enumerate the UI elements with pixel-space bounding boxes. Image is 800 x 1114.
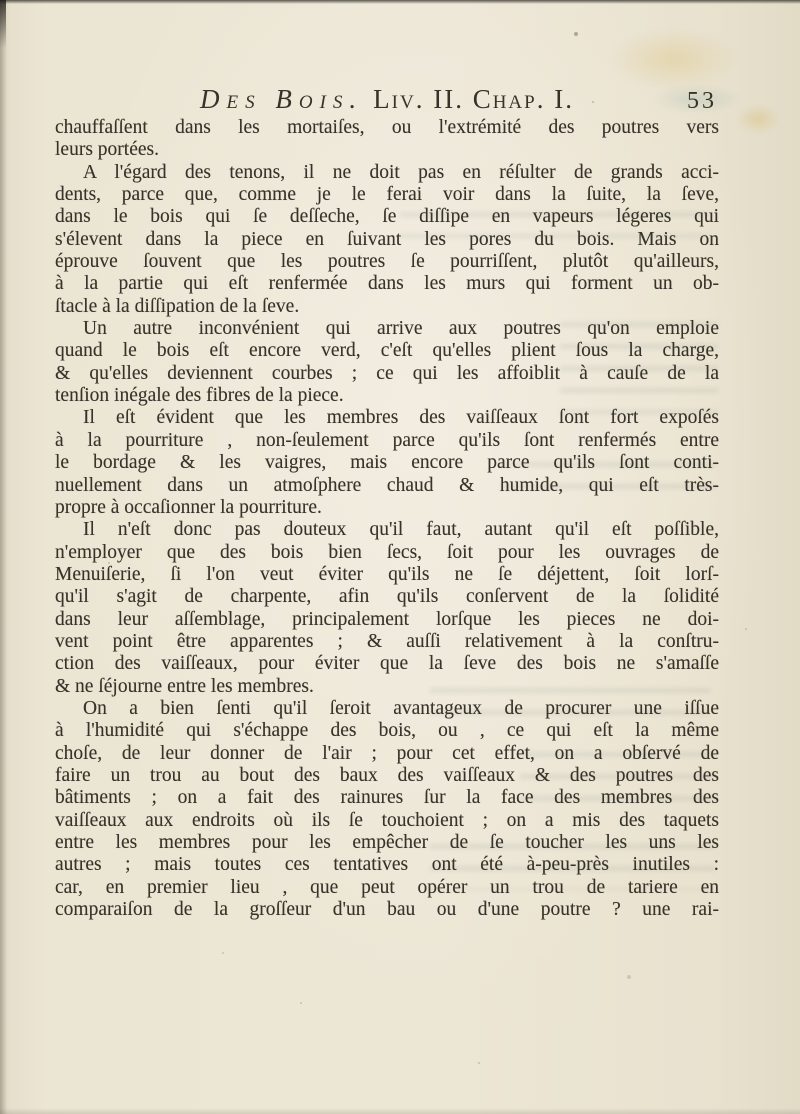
paper-stain — [608, 28, 738, 90]
text-line: bâtiments ; on a fait des rainures ſur l… — [55, 787, 719, 809]
text-line: dans leur aſſemblage, principalement lor… — [55, 609, 719, 631]
text-line: qu'il s'agit de charpente, afin qu'ils c… — [55, 586, 719, 608]
text-line: s'élevent dans la piece en ſuivant les p… — [55, 229, 719, 251]
text-line: quand le bois eſt encore verd, c'eſt qu'… — [55, 340, 719, 362]
text-line: Menuiſerie, ſi l'on veut éviter qu'ils n… — [55, 564, 719, 586]
text-line: propre à occaſionner la pourriture. — [55, 497, 719, 519]
text-line: ſtacle à la diſſipation de la ſeve. — [55, 296, 719, 318]
text-line: car, en premier lieu , que peut opérer u… — [55, 877, 719, 899]
text-line: entre les membres pour les empêcher de ſ… — [55, 832, 719, 854]
paragraph: A l'égard des tenons, il ne doit pas en … — [55, 162, 719, 318]
text-line: autres ; mais toutes ces tentatives ont … — [55, 854, 719, 876]
text-line: On a bien ſenti qu'il ſeroit avantageux … — [55, 698, 719, 720]
text-line: & ne ſéjourne entre les membres. — [55, 676, 719, 698]
text-line: Un autre inconvénient qui arrive aux pou… — [55, 318, 719, 340]
book-page-scan: Des Bois.Liv. II. Chap. I. 53 chauffaſſe… — [0, 0, 800, 1114]
text-line: éprouve ſouvent que les poutres ſe pourr… — [55, 251, 719, 273]
text-line: tenſion inégale des fibres de la piece. — [55, 385, 719, 407]
scan-edge-left — [0, 0, 7, 1114]
text-line: choſe, de leur donner de l'air ; pour ce… — [55, 743, 719, 765]
text-line: dans le bois qui ſe deſſeche, ſe diſſipe… — [55, 206, 719, 228]
text-line: à la partie qui eſt renfermée dans les m… — [55, 273, 719, 295]
text-line: leurs portées. — [55, 139, 719, 161]
text-line: à la pourriture , non-ſeulement parce qu… — [55, 430, 719, 452]
paragraph: Il eſt évident que les membres des vaiſſ… — [55, 407, 719, 519]
text-line: n'employer que des bois bien ſecs, ſoit … — [55, 542, 719, 564]
scan-corner-mark — [0, 0, 6, 48]
text-line: vaiſſeaux aux endroits où ils ſe touchoi… — [55, 810, 719, 832]
text-line: Il n'eſt donc pas douteux qu'il faut, au… — [55, 519, 719, 541]
running-title: Des Bois. — [200, 84, 363, 114]
text-line: Il eſt évident que les membres des vaiſſ… — [55, 407, 719, 429]
page-text: chauffaſſent dans les mortaiſes, ou l'ex… — [55, 117, 719, 921]
paper-stain — [736, 104, 780, 134]
scan-edge-top — [0, 0, 800, 4]
dust-specks — [0, 0, 2, 2]
chapter-reference: Liv. II. Chap. I. — [373, 84, 574, 114]
scan-edge-bottom — [0, 1108, 800, 1114]
paragraph: Il n'eſt donc pas douteux qu'il faut, au… — [55, 519, 719, 698]
paragraph: Un autre inconvénient qui arrive aux pou… — [55, 318, 719, 407]
text-line: ction des vaiſſeaux, pour éviter que la … — [55, 653, 719, 675]
paragraph: chauffaſſent dans les mortaiſes, ou l'ex… — [55, 117, 719, 162]
text-line: & qu'elles deviennent courbes ; ce qui l… — [55, 363, 719, 385]
paragraph: On a bien ſenti qu'il ſeroit avantageux … — [55, 698, 719, 921]
running-head: Des Bois.Liv. II. Chap. I. 53 — [55, 84, 719, 115]
text-line: dents, parce que, comme je le ferai voir… — [55, 184, 719, 206]
page-number: 53 — [687, 88, 717, 115]
text-line: nuellement dans un atmoſphere chaud & hu… — [55, 475, 719, 497]
text-line: vent point être apparentes ; & auſſi rel… — [55, 631, 719, 653]
text-line: chauffaſſent dans les mortaiſes, ou l'ex… — [55, 117, 719, 139]
text-line: faire un trou au bout des baux des vaiſſ… — [55, 765, 719, 787]
text-line: le bordage & les vaigres, mais encore pa… — [55, 452, 719, 474]
text-line: comparaiſon de la groſſeur d'un bau ou d… — [55, 899, 719, 921]
text-line: A l'égard des tenons, il ne doit pas en … — [55, 162, 719, 184]
text-line: à l'humidité qui s'échappe des bois, ou … — [55, 720, 719, 742]
